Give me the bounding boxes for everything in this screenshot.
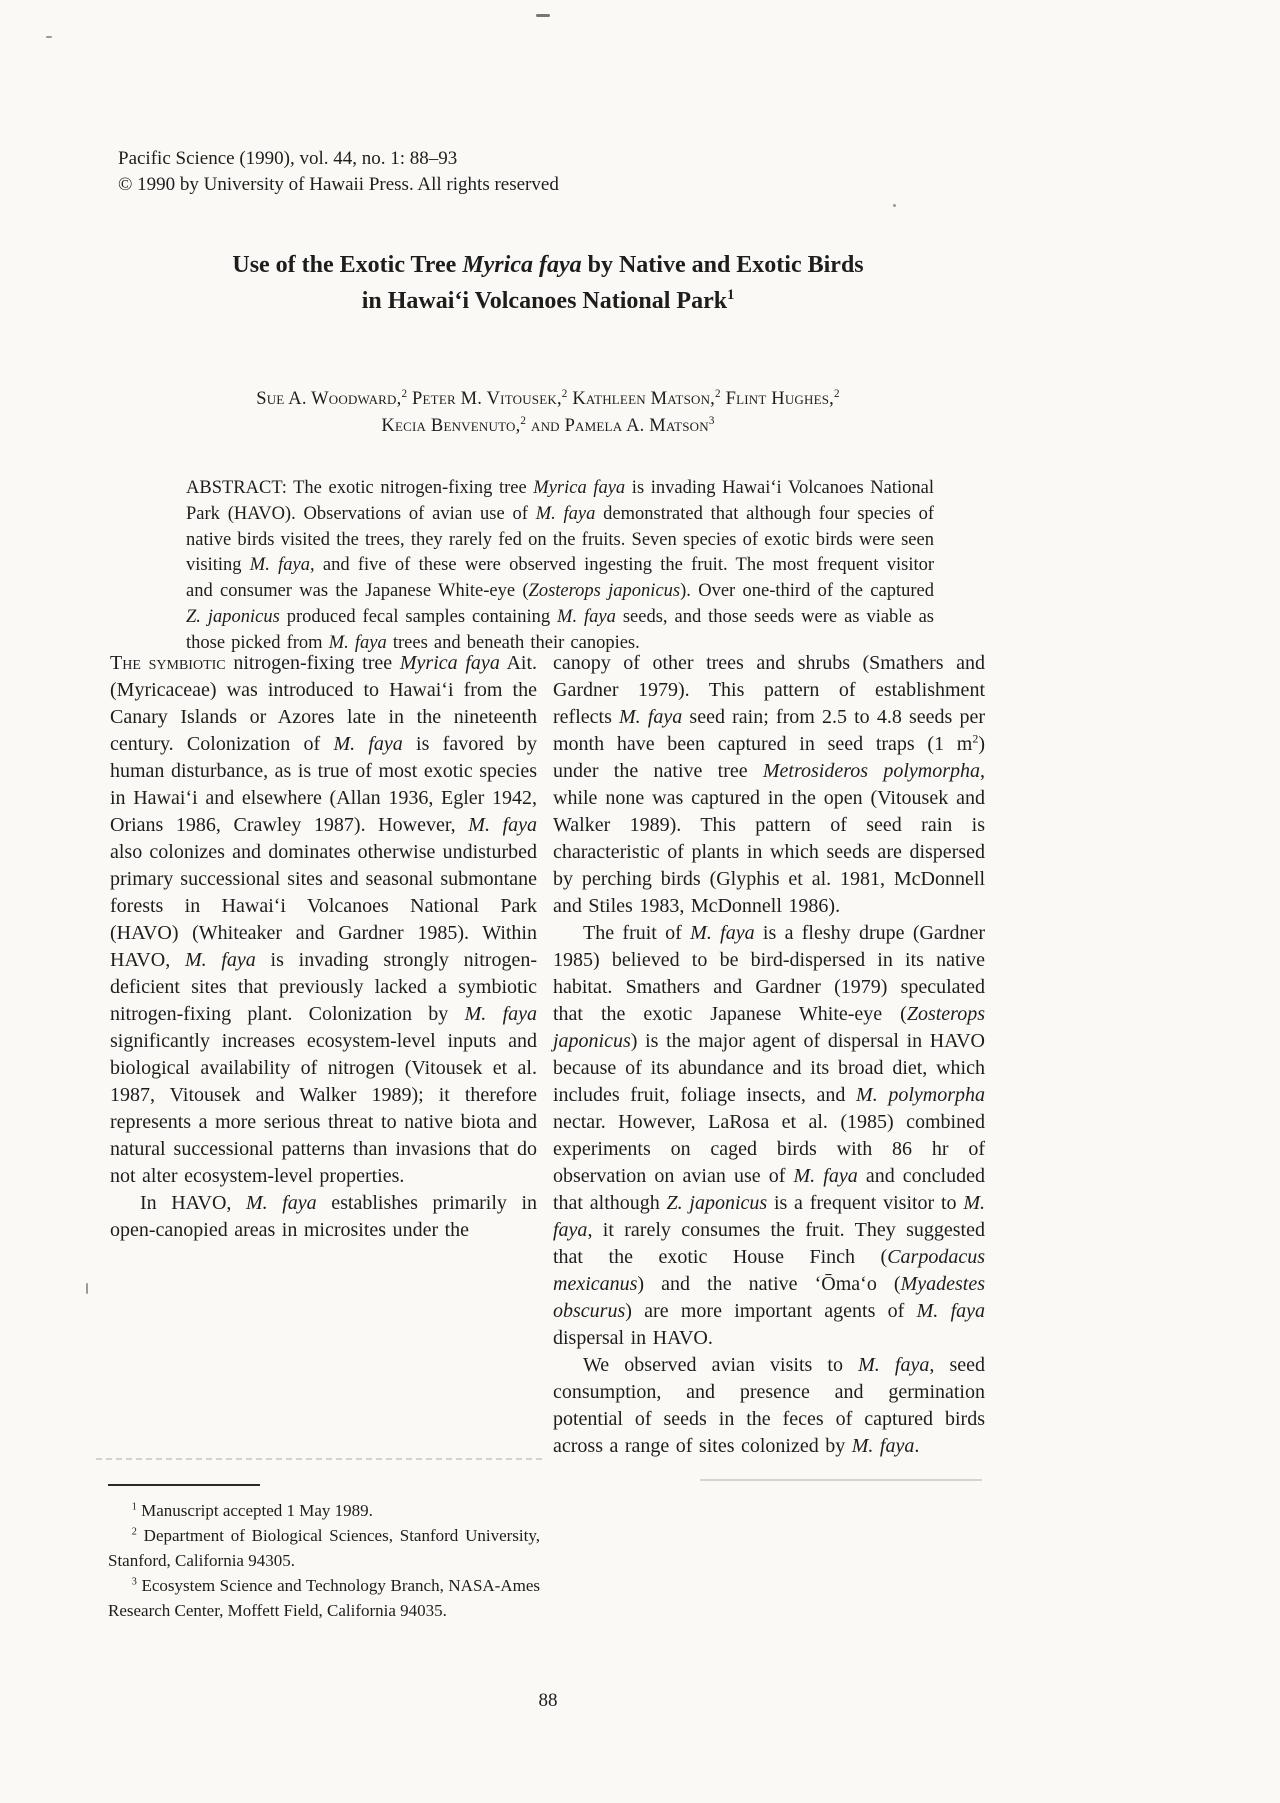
journal-line: Pacific Science (1990), vol. 44, no. 1: … bbox=[118, 146, 559, 172]
footnote: 1 Manuscript accepted 1 May 1989. bbox=[108, 1498, 540, 1523]
abstract-text: ABSTRACT: The exotic nitrogen-fixing tre… bbox=[186, 476, 934, 657]
footnote: 2 Department of Biological Sciences, Sta… bbox=[108, 1523, 540, 1573]
author-line-1: Sue A. Woodward,2 Peter M. Vitousek,2 Ka… bbox=[110, 386, 986, 413]
footnote-divider bbox=[108, 1484, 260, 1486]
left-column: The symbiotic nitrogen-fixing tree Myric… bbox=[110, 650, 537, 1244]
paragraph: We observed avian visits to M. faya, see… bbox=[553, 1352, 985, 1460]
page-number: 88 bbox=[110, 1690, 986, 1712]
authors: Sue A. Woodward,2 Peter M. Vitousek,2 Ka… bbox=[110, 386, 986, 440]
article-title: Use of the Exotic Tree Myrica faya by Na… bbox=[110, 247, 986, 319]
footnote: 3 Ecosystem Science and Technology Branc… bbox=[108, 1573, 540, 1623]
scan-speck bbox=[46, 36, 52, 38]
right-column: canopy of other trees and shrubs (Smathe… bbox=[553, 650, 985, 1460]
paragraph: canopy of other trees and shrubs (Smathe… bbox=[553, 650, 985, 920]
copyright-line: © 1990 by University of Hawaii Press. Al… bbox=[118, 172, 559, 198]
author-line-2: Kecia Benvenuto,2 and Pamela A. Matson3 bbox=[110, 413, 986, 440]
paragraph: The fruit of M. faya is a fleshy drupe (… bbox=[553, 920, 985, 1352]
title-line-1: Use of the Exotic Tree Myrica faya by Na… bbox=[110, 247, 986, 283]
paragraph: In HAVO, M. faya establishes primarily i… bbox=[110, 1190, 537, 1244]
scan-speck bbox=[86, 1283, 88, 1294]
scanned-paper-page: Pacific Science (1990), vol. 44, no. 1: … bbox=[0, 0, 1280, 1803]
abstract: ABSTRACT: The exotic nitrogen-fixing tre… bbox=[186, 476, 934, 657]
scan-artifact-line bbox=[96, 1458, 542, 1460]
footnotes: 1 Manuscript accepted 1 May 1989. 2 Depa… bbox=[108, 1484, 540, 1623]
scan-speck bbox=[893, 204, 896, 207]
scan-speck bbox=[536, 14, 550, 17]
scan-artifact-line bbox=[700, 1479, 982, 1481]
title-line-2: in Hawai‘i Volcanoes National Park1 bbox=[110, 283, 986, 319]
paragraph: The symbiotic nitrogen-fixing tree Myric… bbox=[110, 650, 537, 1190]
journal-header: Pacific Science (1990), vol. 44, no. 1: … bbox=[118, 146, 559, 198]
